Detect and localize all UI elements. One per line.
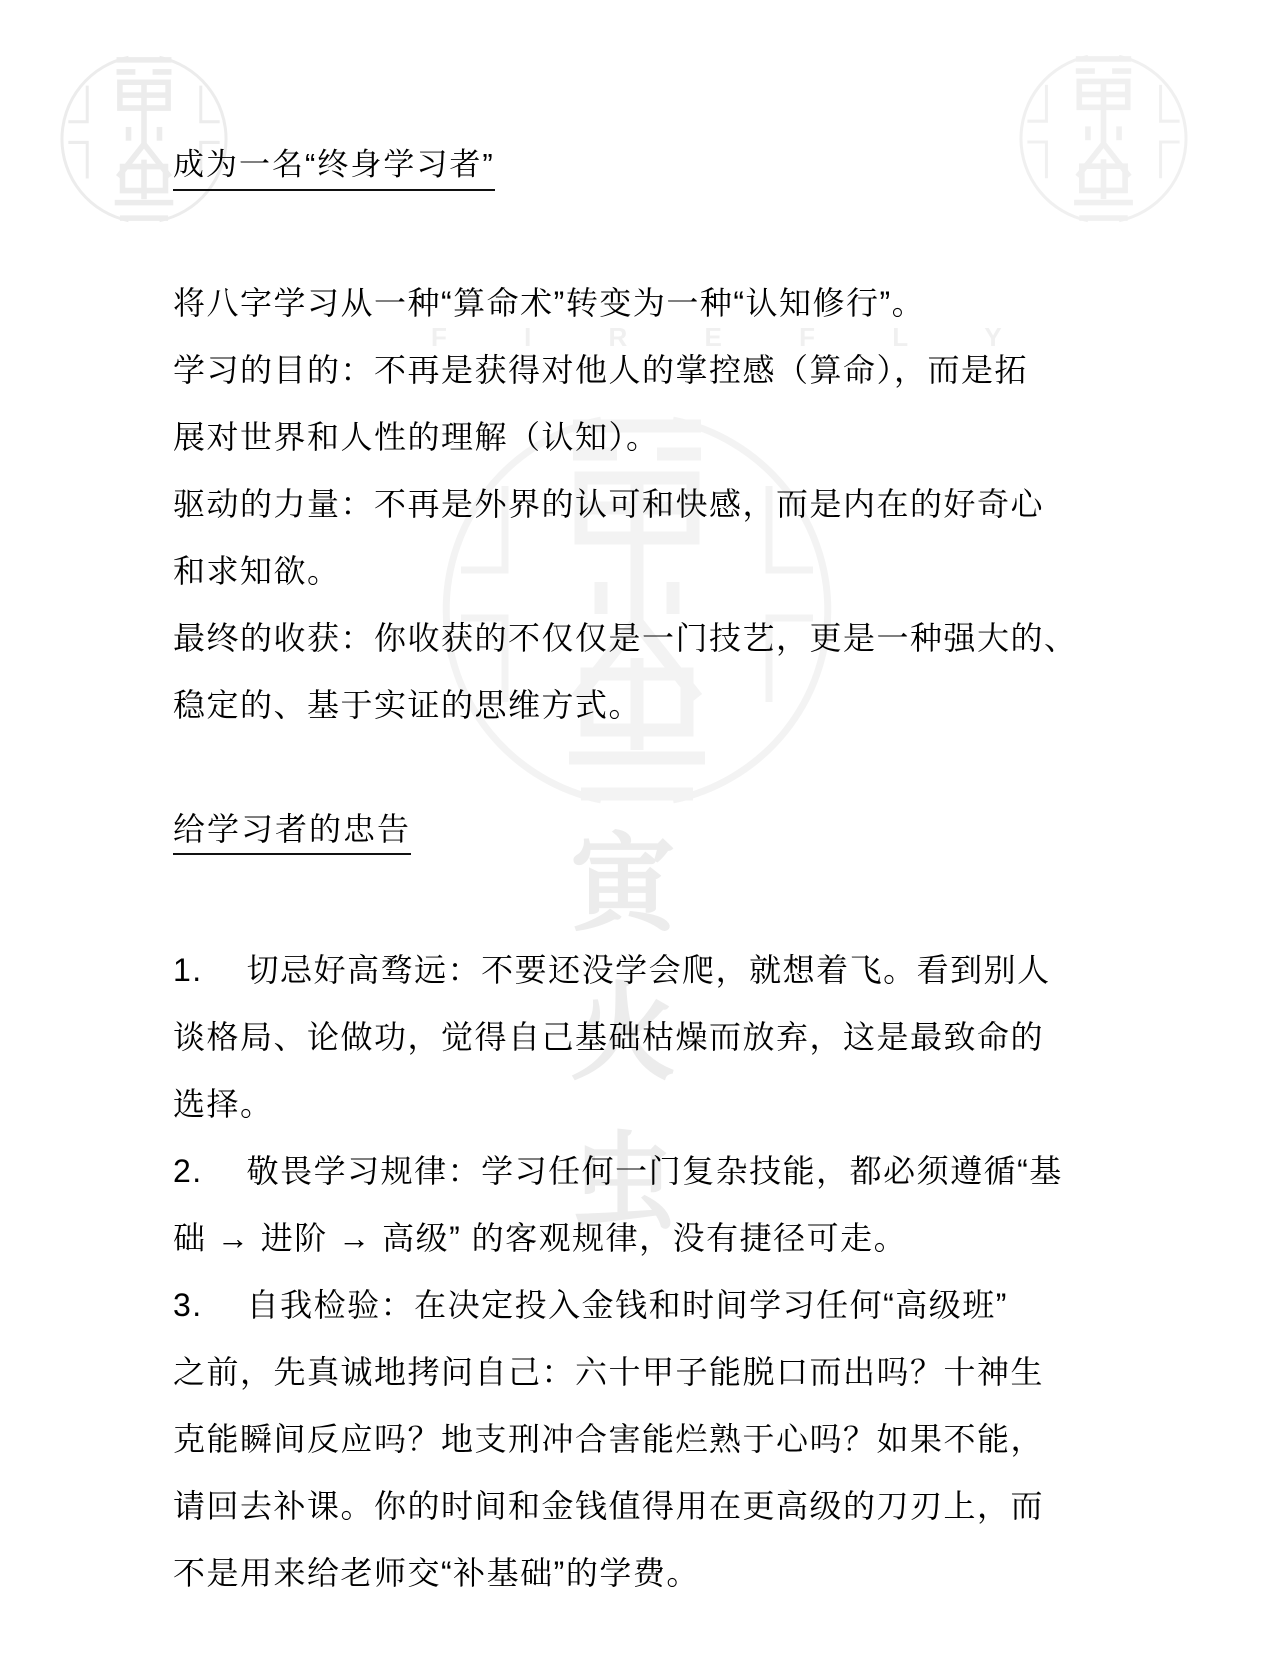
paragraph-line: 最终的收获：你收获的不仅仅是一门技艺，更是一种强大的、	[173, 605, 1078, 672]
section-heading: 给学习者的忠告	[173, 810, 411, 855]
paragraph-line: 展对世界和人性的理解（认知）。	[173, 404, 1078, 471]
advice-line: 克能瞬间反应吗？地支刑冲合害能烂熟于心吗？如果不能，	[173, 1406, 1063, 1473]
paragraph-line: 和求知欲。	[173, 538, 1078, 605]
advice-line: 之前，先真诚地拷问自己：六十甲子能脱口而出吗？十神生	[173, 1339, 1063, 1406]
document-title: 成为一名“终身学习者”	[173, 146, 495, 191]
advice-line: 选择。	[173, 1071, 1063, 1138]
document-page: F I R E F L Y 寅 火 虫 成为一名“终身学习者” 将八字学习从一种…	[0, 0, 1262, 1679]
document-title-text: 成为一名“终身学习者”	[173, 146, 495, 191]
advice-line: 2. 敬畏学习规律：学习任何一门复杂技能，都必须遵循“基	[173, 1138, 1063, 1205]
advice-line: 3. 自我检验：在决定投入金钱和时间学习任何“高级班”	[173, 1272, 1063, 1339]
section-heading-text: 给学习者的忠告	[173, 810, 411, 855]
advice-line: 1. 切忌好高骛远：不要还没学会爬，就想着飞。看到别人	[173, 937, 1063, 1004]
advice-line: 谈格局、论做功，觉得自己基础枯燥而放弃，这是最致命的	[173, 1004, 1063, 1071]
paragraph-line: 稳定的、基于实证的思维方式。	[173, 672, 1078, 739]
brand-seal-icon	[1017, 52, 1190, 225]
intro-paragraph: 将八字学习从一种“算命术”转变为一种“认知修行”。 学习的目的：不再是获得对他人…	[173, 270, 1078, 739]
paragraph-line: 学习的目的：不再是获得对他人的掌控感（算命），而是拓	[173, 337, 1078, 404]
advice-list: 1. 切忌好高骛远：不要还没学会爬，就想着飞。看到别人 谈格局、论做功，觉得自己…	[173, 937, 1063, 1607]
brand-char-watermark: 寅	[567, 830, 679, 940]
paragraph-line: 驱动的力量：不再是外界的认可和快感，而是内在的好奇心	[173, 471, 1078, 538]
brand-seal-icon	[58, 53, 230, 225]
advice-line: 请回去补课。你的时间和金钱值得用在更高级的刀刃上，而	[173, 1473, 1063, 1540]
advice-line: 不是用来给老师交“补基础”的学费。	[173, 1540, 1063, 1607]
paragraph-line: 将八字学习从一种“算命术”转变为一种“认知修行”。	[173, 270, 1078, 337]
advice-line: 础 → 进阶 → 高级” 的客观规律，没有捷径可走。	[173, 1205, 1063, 1272]
